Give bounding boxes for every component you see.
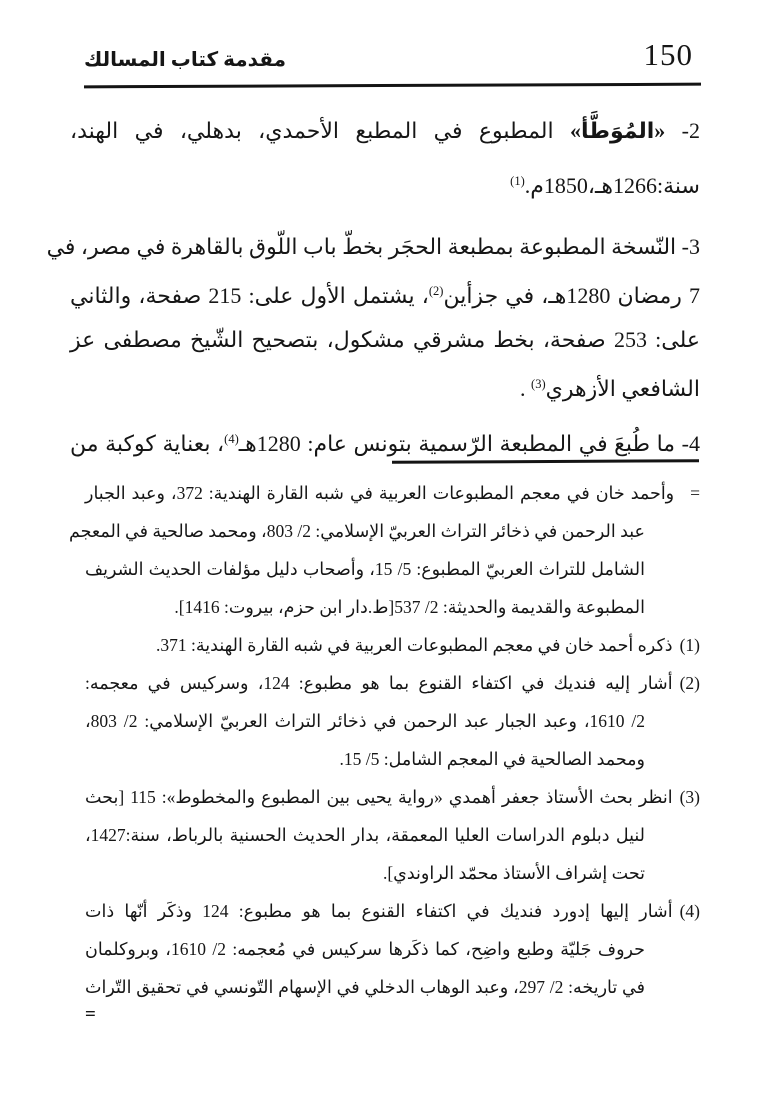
footnote-ref-3: (3) [531, 377, 546, 391]
footnote-text: لنيل دبلوم الدراسات العليا المعمقة، بدار… [85, 825, 645, 845]
footnote-text: ومحمد الصالحية في المعجم الشامل: 5/ 15. [340, 749, 645, 769]
text-segment: . [520, 376, 531, 401]
footnote-text: وأحمد خان في معجم المطبوعات العربية في ش… [85, 483, 674, 503]
footnote-text: حروف جَليّة وطبع واضِح، كما ذكَرها سركيس… [85, 939, 645, 959]
body-item-2: 2- «المُوَطَّأ» المطبوع في المطبع الأحمد… [70, 106, 700, 211]
footnote-text: ذكره أحمد خان في معجم المطبوعات العربية … [156, 635, 673, 655]
footnote-2: (2)أشار إليه فنديك في اكتفاء القنوع بما … [85, 664, 700, 778]
footnote-continued: =وأحمد خان في معجم المطبوعات العربية في … [85, 474, 700, 626]
body-item-4: 4- ما طُبعَ في المطبعة الرّسمية بتونس عا… [70, 417, 700, 466]
running-title: مقدمة كتاب المسالك [84, 47, 286, 72]
footnote-line: تحت إشراف الأستاذ محمّد الراوندي]. [85, 854, 645, 892]
footnote-number: (4) [680, 901, 700, 921]
footnote-4: (4)أشار إليها إدورد فنديك في اكتفاء القن… [85, 892, 700, 1006]
footnote-line: (3)انظر بحث الأستاذ جعفر أهمدي «رواية يح… [85, 778, 700, 816]
footnote-1: (1)ذكره أحمد خان في معجم المطبوعات العرب… [85, 626, 700, 664]
footnote-continuation-marker: = [690, 483, 700, 503]
item-number: 2- [665, 118, 700, 143]
footnote-text: في تاريخه: 2/ 297، وعبد الوهاب الدخلي في… [85, 977, 645, 997]
footnote-line: (4)أشار إليها إدورد فنديك في اكتفاء القن… [85, 892, 700, 930]
footnote-3: (3)انظر بحث الأستاذ جعفر أهمدي «رواية يح… [85, 778, 700, 892]
footnote-number: (2) [680, 673, 700, 693]
text-segment: ، بعناية كوكبة من [70, 431, 224, 456]
continuation-mark-bottom: = [85, 1004, 96, 1026]
text-line: الشافعي الأزهري(3) . [70, 362, 700, 411]
text-line: على: 253 صفحة، بخط مشرقي مشكول، بتصحيح ا… [70, 318, 700, 362]
footnote-line: الشامل للتراث العربيّ المطبوع: 5/ 15، وأ… [85, 550, 645, 588]
footnote-ref-4: (4) [224, 432, 239, 446]
text-line: 7 رمضان 1280هـ، في جزأين(2)، يشتمل الأول… [70, 269, 700, 318]
footnotes: =وأحمد خان في معجم المطبوعات العربية في … [85, 474, 700, 1006]
text-segment: 4- ما طُبعَ في المطبعة الرّسمية بتونس عا… [239, 431, 700, 456]
footnote-text: المطبوعة والقديمة والحديثة: 2/ 537[ط.دار… [174, 597, 645, 617]
footnote-line: ومحمد الصالحية في المعجم الشامل: 5/ 15. [85, 740, 645, 778]
footnote-line: حروف جَليّة وطبع واضِح، كما ذكَرها سركيس… [85, 930, 645, 968]
footnote-text: تحت إشراف الأستاذ محمّد الراوندي]. [383, 863, 645, 883]
book-page: مقدمة كتاب المسالك 150 2- «المُوَطَّأ» ا… [0, 0, 771, 1102]
text-line: 4- ما طُبعَ في المطبعة الرّسمية بتونس عا… [70, 417, 700, 466]
footnote-line: في تاريخه: 2/ 297، وعبد الوهاب الدخلي في… [85, 968, 645, 1006]
footnote-text: أشار إليها إدورد فنديك في اكتفاء القنوع … [85, 901, 673, 921]
footnote-text: الشامل للتراث العربيّ المطبوع: 5/ 15، وأ… [85, 559, 645, 579]
text-segment: المطبوع في المطبع الأحمدي، بدهلي، في اله… [70, 118, 570, 143]
header-rule [84, 83, 701, 89]
text-segment: على: 253 صفحة، بخط مشرقي مشكول، بتصحيح ا… [70, 327, 700, 352]
footnote-number: (3) [680, 787, 700, 807]
footnote-text: 2/ 1610، وعبد الجبار عبد الرحمن في ذخائر… [85, 711, 645, 731]
footnote-number: (1) [680, 635, 700, 655]
body-text: 2- «المُوَطَّأ» المطبوع في المطبع الأحمد… [70, 106, 700, 466]
text-line: سنة:1266هـ،1850م.(1) [70, 156, 700, 211]
footnote-line: (1)ذكره أحمد خان في معجم المطبوعات العرب… [85, 626, 700, 664]
text-segment: 7 رمضان 1280هـ، في جزأين [443, 283, 700, 308]
footnote-text: أشار إليه فنديك في اكتفاء القنوع بما هو … [85, 673, 673, 693]
footnote-text: انظر بحث الأستاذ جعفر أهمدي «رواية يحيى … [85, 787, 673, 807]
text-segment: 3- النّسخة المطبوعة بمطبعة الحجَر بخطّ ب… [47, 234, 700, 259]
text-segment: ، يشتمل الأول على: 215 صفحة، والثاني [70, 283, 429, 308]
footnote-ref-2: (2) [429, 284, 444, 298]
footnote-line: (2)أشار إليه فنديك في اكتفاء القنوع بما … [85, 664, 700, 702]
text-line: 3- النّسخة المطبوعة بمطبعة الحجَر بخطّ ب… [70, 225, 700, 269]
text-line: 2- «المُوَطَّأ» المطبوع في المطبع الأحمد… [70, 106, 700, 156]
footnote-text: عبد الرحمن في ذخائر التراث العربيّ الإسل… [69, 521, 645, 541]
book-title-muwatta: «المُوَطَّأ» [570, 118, 665, 143]
page-number: 150 [644, 37, 694, 73]
footnote-line: لنيل دبلوم الدراسات العليا المعمقة، بدار… [85, 816, 645, 854]
body-item-3: 3- النّسخة المطبوعة بمطبعة الحجَر بخطّ ب… [70, 225, 700, 411]
footnote-line: المطبوعة والقديمة والحديثة: 2/ 537[ط.دار… [85, 588, 645, 626]
footnote-ref-1: (1) [510, 174, 525, 188]
footnote-line: =وأحمد خان في معجم المطبوعات العربية في … [85, 474, 700, 512]
footnote-line: عبد الرحمن في ذخائر التراث العربيّ الإسل… [85, 512, 645, 550]
footnote-line: 2/ 1610، وعبد الجبار عبد الرحمن في ذخائر… [85, 702, 645, 740]
text-segment: الشافعي الأزهري [546, 376, 700, 401]
text-segment: سنة:1266هـ،1850م. [525, 173, 700, 198]
